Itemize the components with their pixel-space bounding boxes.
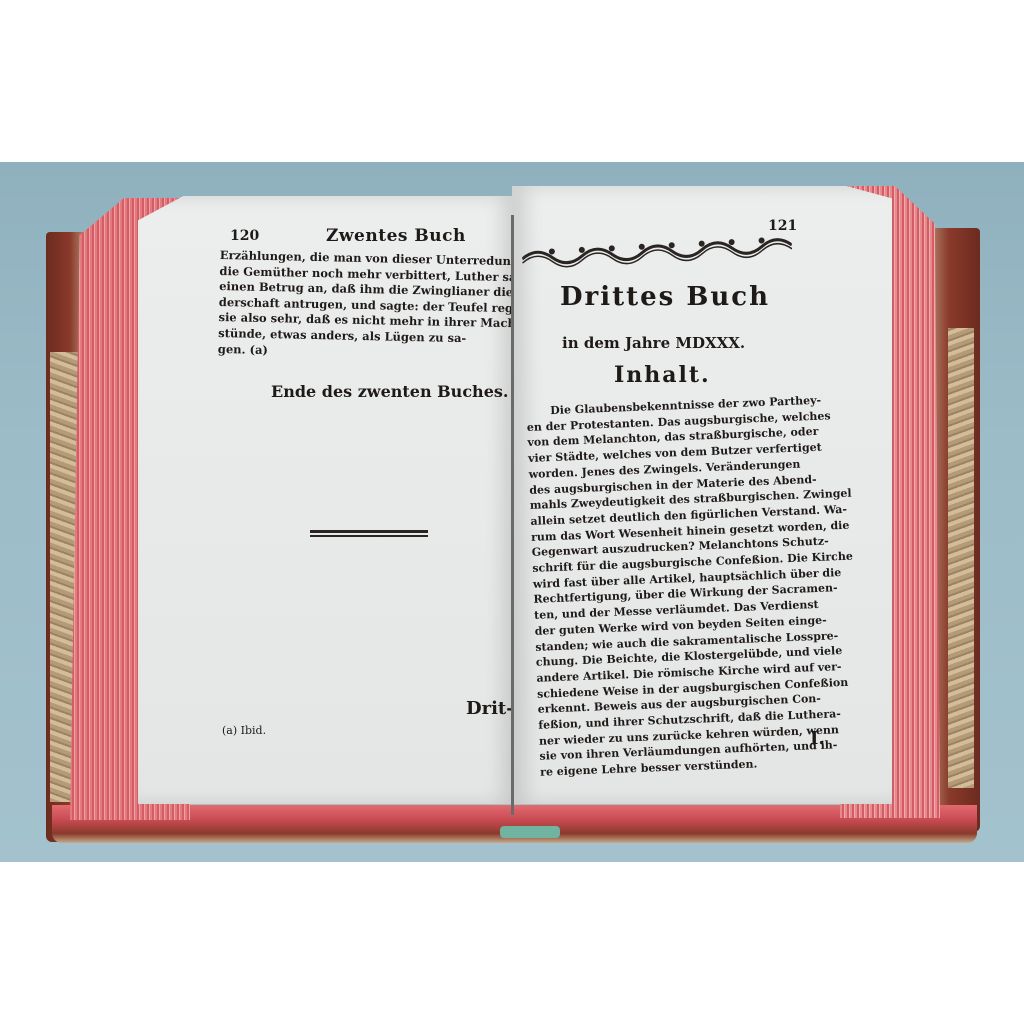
double-rule: [310, 530, 428, 533]
spine-ribbon: [500, 826, 560, 838]
contents-text: Die Glaubensbekenntnisse der zwo Parthey…: [526, 392, 862, 781]
left-page: 120 Zwentes Buch Erzählungen, die man vo…: [138, 196, 516, 804]
book-title: Drittes Buch: [560, 282, 770, 312]
ornamental-border: [522, 231, 793, 271]
page-number: 120: [230, 228, 259, 244]
section-heading: Inhalt.: [614, 362, 711, 388]
book-subtitle: in dem Jahre MDXXX.: [562, 334, 745, 352]
right-page: 121 Drittes Buch in dem Jahre MDXXX. Inh…: [512, 186, 892, 804]
signature-mark: I.: [810, 728, 825, 749]
book-gutter: [511, 215, 514, 815]
marbled-board: [948, 328, 974, 788]
footnote: (a) Ibid.: [222, 724, 266, 737]
catchword: Drit-: [466, 698, 514, 719]
end-of-book-line: Ende des zwenten Buches.: [271, 382, 508, 401]
running-head: Zwentes Buch: [326, 226, 466, 246]
open-book: 120 Zwentes Buch Erzählungen, die man vo…: [0, 0, 1024, 1024]
double-rule: [310, 535, 428, 537]
